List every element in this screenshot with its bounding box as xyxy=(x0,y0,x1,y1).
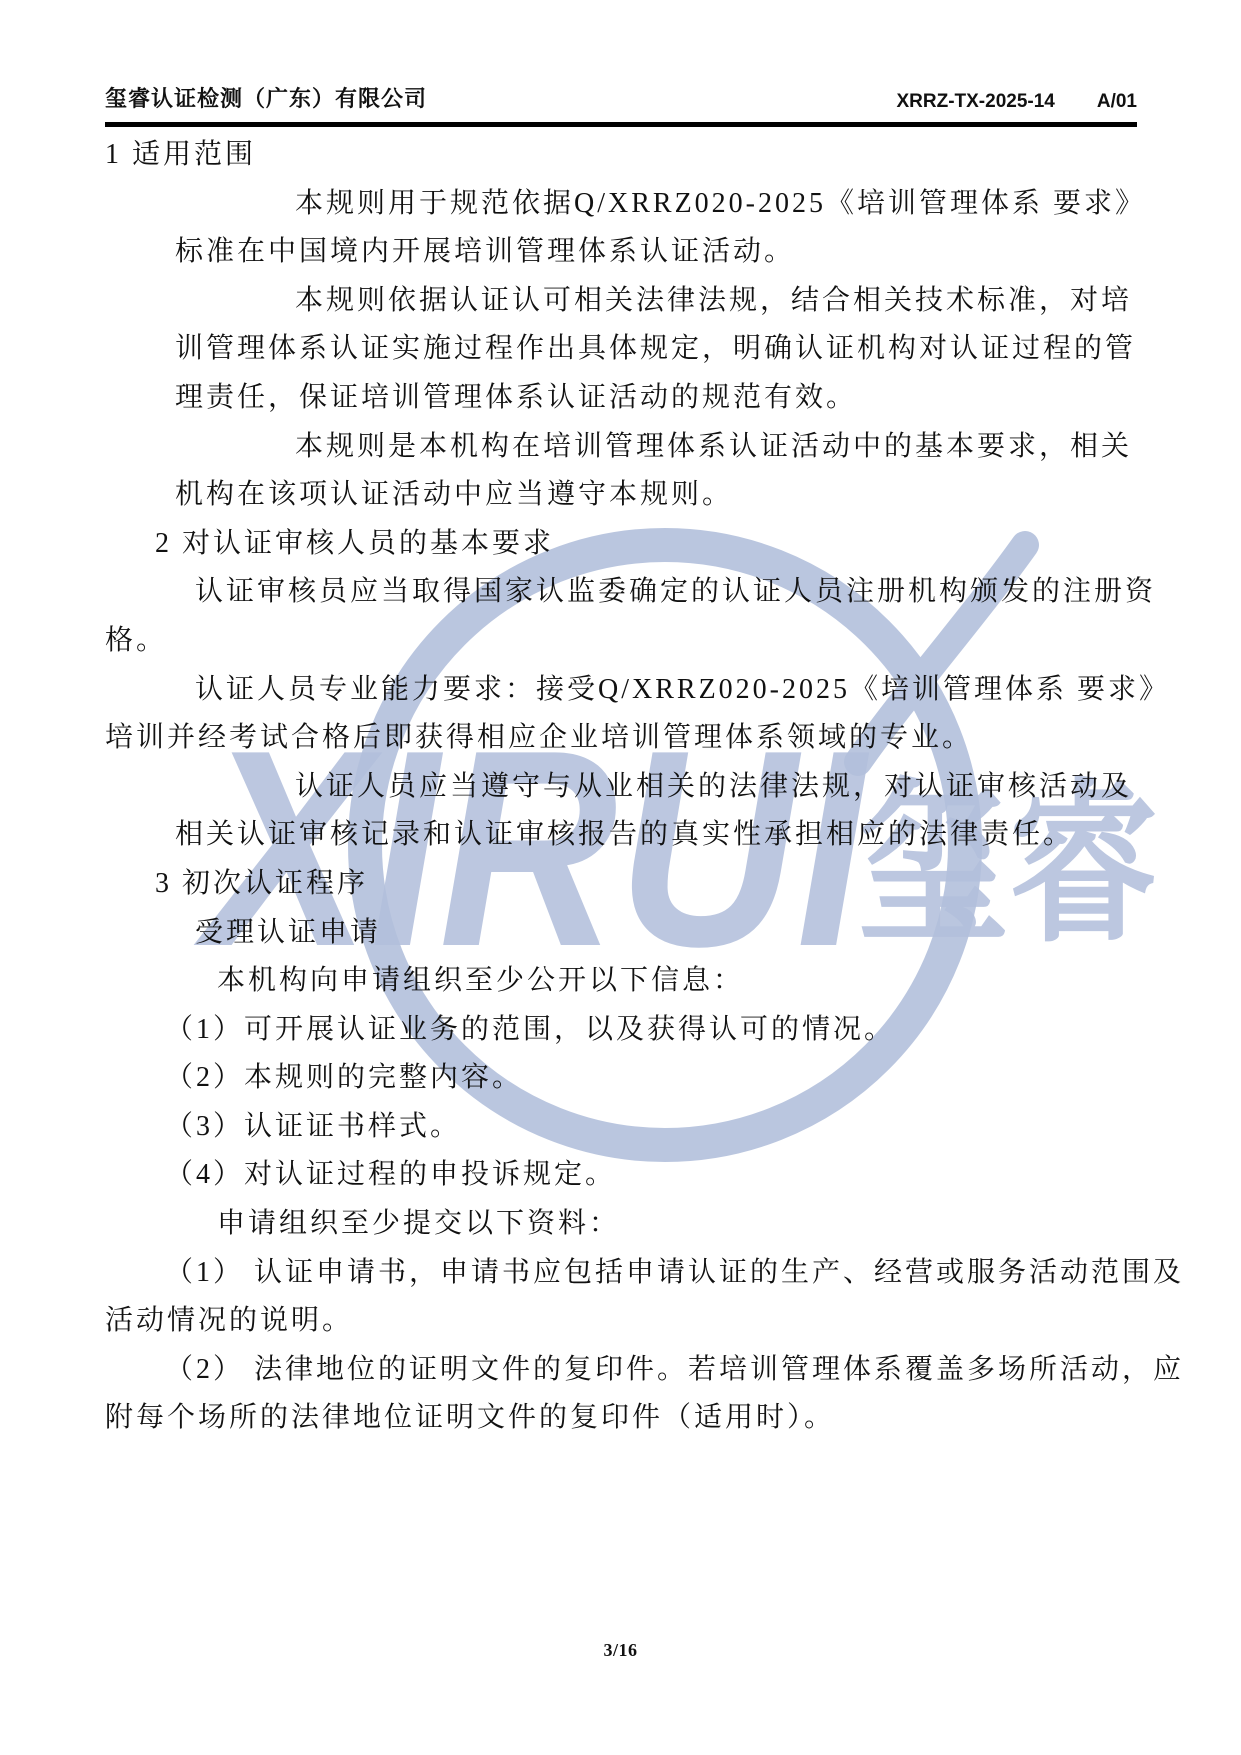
page-number: 3/16 xyxy=(603,1640,637,1660)
text-line: 申请组织至少提交以下资料： xyxy=(105,1200,1201,1249)
document-id: XRRZ-TX-2025-14 A/01 xyxy=(896,91,1137,113)
text-line: （2） 法律地位的证明文件的复印件。若培训管理体系覆盖多场所活动，应 xyxy=(105,1346,1201,1395)
text-line: （1）可开展认证业务的范围，以及获得认可的情况。 xyxy=(105,1006,1201,1055)
text-line: 认证审核员应当取得国家认监委确定的认证人员注册机构颁发的注册资 xyxy=(105,568,1201,617)
text-line: （3）认证证书样式。 xyxy=(105,1103,1201,1152)
document-revision: A/01 xyxy=(1097,91,1137,113)
document-code: XRRZ-TX-2025-14 xyxy=(896,91,1054,113)
text-line: 本机构向申请组织至少公开以下信息： xyxy=(105,957,1201,1006)
text-line: 认证人员应当遵守与从业相关的法律法规，对认证审核活动及 xyxy=(105,763,1201,812)
document-page: XIRUI 玺睿 玺睿认证检测（广东）有限公司 XRRZ-TX-2025-14 … xyxy=(0,0,1241,1755)
text-line: 训管理体系认证实施过程作出具体规定，明确认证机构对认证过程的管 xyxy=(105,325,1201,374)
text-line: 机构在该项认证活动中应当遵守本规则。 xyxy=(105,471,1201,520)
text-line: 理责任，保证培训管理体系认证活动的规范有效。 xyxy=(105,374,1201,423)
text-line: 3 初次认证程序 xyxy=(105,860,1201,909)
text-line: 培训并经考试合格后即获得相应企业培训管理体系领域的专业。 xyxy=(105,714,1201,763)
text-line: （1） 认证申请书，申请书应包括申请认证的生产、经营或服务活动范围及 xyxy=(105,1249,1201,1298)
text-line: 标准在中国境内开展培训管理体系认证活动。 xyxy=(105,228,1201,277)
text-line: 1 适用范围 xyxy=(105,131,1201,180)
text-line: 相关认证审核记录和认证审核报告的真实性承担相应的法律责任。 xyxy=(105,811,1201,860)
text-line: 本规则依据认证认可相关法律法规，结合相关技术标准，对培 xyxy=(105,277,1201,326)
text-line: （4）对认证过程的申投诉规定。 xyxy=(105,1151,1201,1200)
page-header: 玺睿认证检测（广东）有限公司 XRRZ-TX-2025-14 A/01 xyxy=(105,82,1137,127)
text-line: 附每个场所的法律地位证明文件的复印件（适用时）。 xyxy=(105,1394,1201,1443)
text-line: 本规则用于规范依据Q/XRRZ020-2025《培训管理体系 要求》 xyxy=(105,180,1201,229)
text-line: （2）本规则的完整内容。 xyxy=(105,1054,1201,1103)
text-line: 活动情况的说明。 xyxy=(105,1297,1201,1346)
text-line: 受理认证申请 xyxy=(105,909,1201,958)
document-body: 1 适用范围本规则用于规范依据Q/XRRZ020-2025《培训管理体系 要求》… xyxy=(105,131,1201,1443)
company-name: 玺睿认证检测（广东）有限公司 xyxy=(105,82,427,113)
text-line: 认证人员专业能力要求：接受Q/XRRZ020-2025《培训管理体系 要求》 xyxy=(105,666,1201,715)
text-line: 本规则是本机构在培训管理体系认证活动中的基本要求，相关 xyxy=(105,423,1201,472)
page-footer: 3/16 xyxy=(0,1640,1241,1661)
text-line: 2 对认证审核人员的基本要求 xyxy=(105,520,1201,569)
text-line: 格。 xyxy=(105,617,1201,666)
